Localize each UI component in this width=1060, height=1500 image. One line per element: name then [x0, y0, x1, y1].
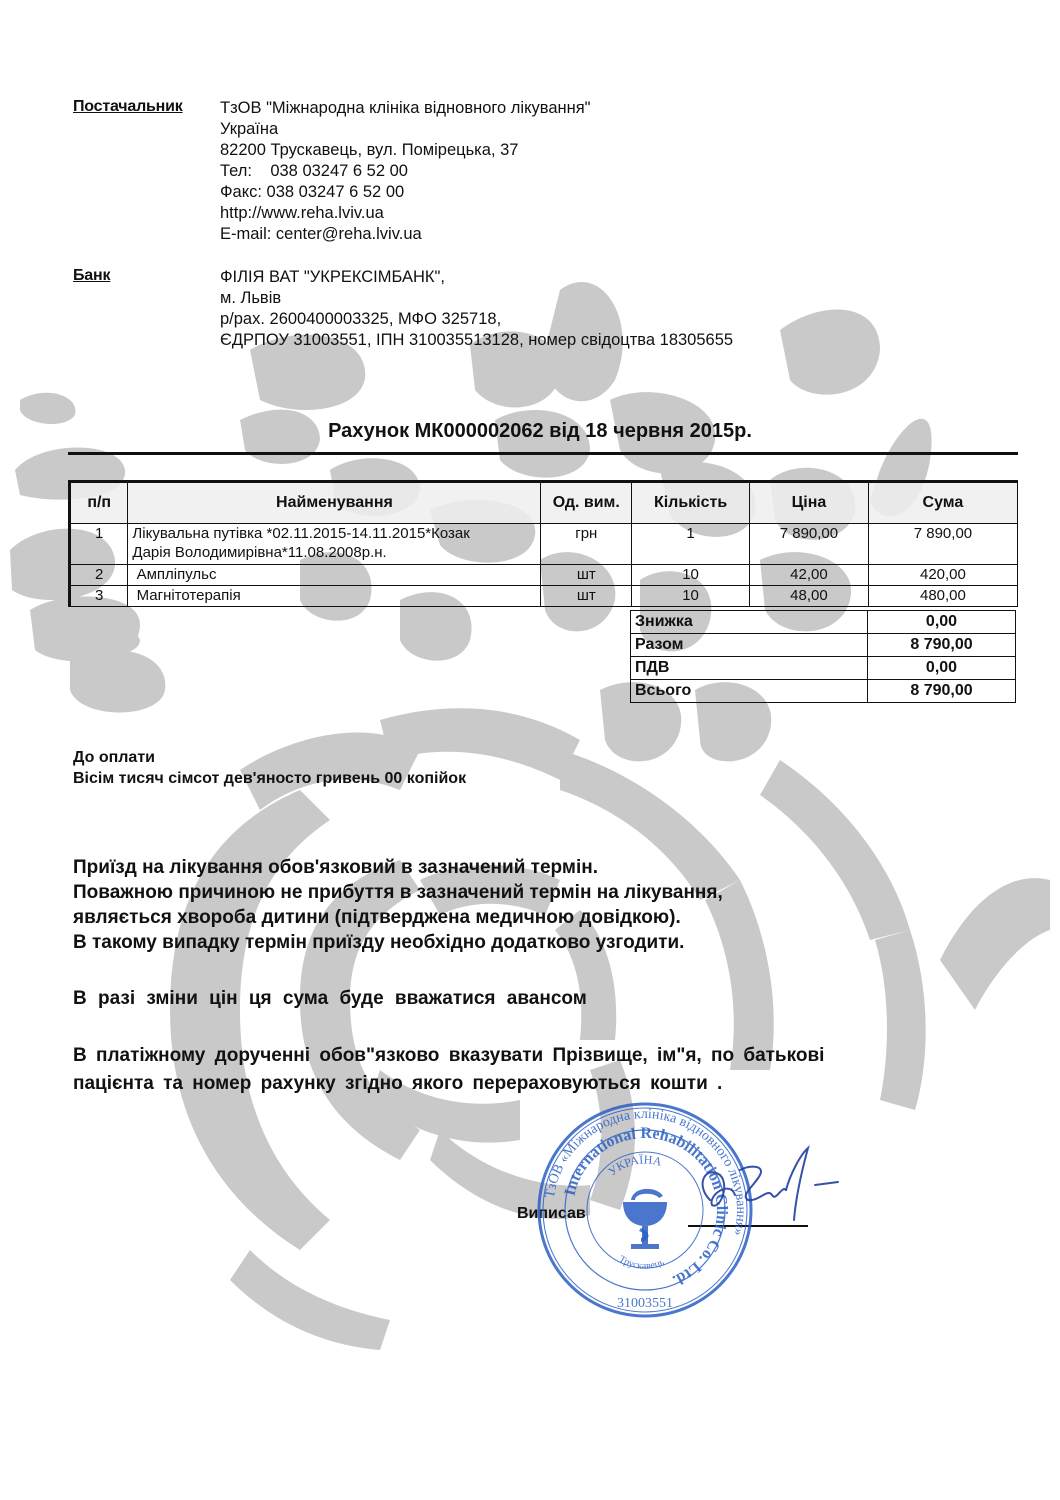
- row-sum: 480,00: [868, 586, 1017, 607]
- row-quantity: 1: [632, 524, 750, 565]
- row-sum: 7 890,00: [868, 524, 1017, 565]
- stamp-code: 31003551: [617, 1296, 673, 1311]
- row-quantity: 10: [632, 565, 750, 586]
- supplier-label: Постачальник: [73, 98, 183, 116]
- payment-order-notice: В платіжному дорученні обов"язково вказу…: [73, 1042, 824, 1098]
- table-row: 3 Магнітотерапія шт 10 48,00 480,00: [70, 586, 1018, 607]
- amount-due-label: До оплати: [73, 747, 466, 768]
- bank-account: р/рах. 2600400003325, МФО 325718,: [220, 309, 733, 330]
- arrival-notice: Приїзд на лікування обов'язковий в зазна…: [73, 855, 723, 955]
- col-header-unit: Од. вим.: [541, 482, 632, 524]
- col-header-price: Ціна: [749, 482, 868, 524]
- bank-city: м. Львів: [220, 288, 733, 309]
- totals-label: Знижка: [631, 611, 868, 634]
- totals-row-subtotal: Разом 8 790,00: [631, 634, 1016, 657]
- totals-value: 0,00: [868, 657, 1016, 680]
- row-number: 2: [70, 565, 128, 586]
- svg-text:Трускавець: Трускавець: [617, 1254, 666, 1272]
- table-header-row: п/п Найменування Од. вим. Кількість Ціна…: [70, 482, 1018, 524]
- row-sum: 420,00: [868, 565, 1017, 586]
- stamp-city: Трускавець: [617, 1254, 666, 1272]
- notice-line: являється хвороба дитини (підтверджена м…: [73, 905, 723, 930]
- bowl-of-hygieia-icon: [623, 1189, 667, 1249]
- supplier-email: E-mail: center@reha.lviv.ua: [220, 224, 591, 245]
- row-name: Магнітотерапія: [128, 586, 541, 607]
- supplier-fax: Факс: 038 03247 6 52 00: [220, 182, 591, 203]
- row-quantity: 10: [632, 586, 750, 607]
- bank-label: Банк: [73, 267, 110, 285]
- totals-row-total: Всього 8 790,00: [631, 680, 1016, 703]
- handwritten-signature: [690, 1140, 850, 1230]
- bank-name: ФІЛІЯ ВАТ "УКРЕКСІМБАНК",: [220, 267, 733, 288]
- notice-line: пацієнта та номер рахунку згідно якого п…: [73, 1070, 824, 1098]
- supplier-phone: Тел: 038 03247 6 52 00: [220, 161, 591, 182]
- row-unit: шт: [541, 586, 632, 607]
- notice-line: В платіжному дорученні обов"язково вказу…: [73, 1042, 824, 1070]
- amount-due-section: До оплати Вісім тисяч сімсот дев'яносто …: [73, 747, 466, 789]
- svg-text:УКРАЇНА: УКРАЇНА: [605, 1152, 663, 1178]
- notice-line: В такому випадку термін приїзду необхідн…: [73, 930, 723, 955]
- supplier-address: 82200 Трускавець, вул. Помірецька, 37: [220, 140, 591, 161]
- supplier-name: ТзОВ "Міжнародна клініка відновного ліку…: [220, 98, 591, 119]
- col-header-quantity: Кількість: [632, 482, 750, 524]
- supplier-website: http://www.reha.lviv.ua: [220, 203, 591, 224]
- totals-table: Знижка 0,00 Разом 8 790,00 ПДВ 0,00 Всьо…: [630, 610, 1016, 703]
- row-name: Лікувальна путівка *02.11.2015-14.11.201…: [128, 524, 541, 565]
- row-name-line1: Лікувальна путівка *02.11.2015-14.11.201…: [132, 524, 536, 543]
- title-divider: [68, 452, 1018, 455]
- amount-in-words: Вісім тисяч сімсот дев'яносто гривень 00…: [73, 768, 466, 789]
- col-header-name: Найменування: [128, 482, 541, 524]
- bank-details: ФІЛІЯ ВАТ "УКРЕКСІМБАНК", м. Львів р/рах…: [220, 267, 733, 351]
- stamp-country: УКРАЇНА: [605, 1152, 663, 1178]
- table-row: 2 Ампліпульс шт 10 42,00 420,00: [70, 565, 1018, 586]
- totals-row-discount: Знижка 0,00: [631, 611, 1016, 634]
- totals-value: 8 790,00: [868, 634, 1016, 657]
- supplier-details: ТзОВ "Міжнародна клініка відновного ліку…: [220, 98, 591, 245]
- advance-notice: В разі зміни цін ця сума буде вважатися …: [73, 988, 587, 1010]
- totals-label: Всього: [631, 680, 868, 703]
- bank-codes: ЄДРПОУ 31003551, ІПН 310035513128, номер…: [220, 330, 733, 351]
- notice-line: Поважною причиною не прибуття в зазначен…: [73, 880, 723, 905]
- row-price: 42,00: [749, 565, 868, 586]
- table-row: 1 Лікувальна путівка *02.11.2015-14.11.2…: [70, 524, 1018, 565]
- notice-line: Приїзд на лікування обов'язковий в зазна…: [73, 855, 723, 880]
- items-table: п/п Найменування Од. вим. Кількість Ціна…: [68, 480, 1018, 607]
- row-name: Ампліпульс: [128, 565, 541, 586]
- totals-value: 0,00: [868, 611, 1016, 634]
- invoice-title: Рахунок МК000002062 від 18 червня 2015р.: [0, 420, 1060, 443]
- supplier-country: Україна: [220, 119, 591, 140]
- row-price: 7 890,00: [749, 524, 868, 565]
- col-header-sum: Сума: [868, 482, 1017, 524]
- totals-row-vat: ПДВ 0,00: [631, 657, 1016, 680]
- row-unit: шт: [541, 565, 632, 586]
- totals-value: 8 790,00: [868, 680, 1016, 703]
- row-unit: грн: [541, 524, 632, 565]
- row-number: 1: [70, 524, 128, 565]
- row-price: 48,00: [749, 586, 868, 607]
- row-number: 3: [70, 586, 128, 607]
- totals-label: ПДВ: [631, 657, 868, 680]
- row-name-line2: Дарія Володимирівна*11.08.2008р.н.: [132, 543, 536, 562]
- col-header-number: п/п: [70, 482, 128, 524]
- totals-label: Разом: [631, 634, 868, 657]
